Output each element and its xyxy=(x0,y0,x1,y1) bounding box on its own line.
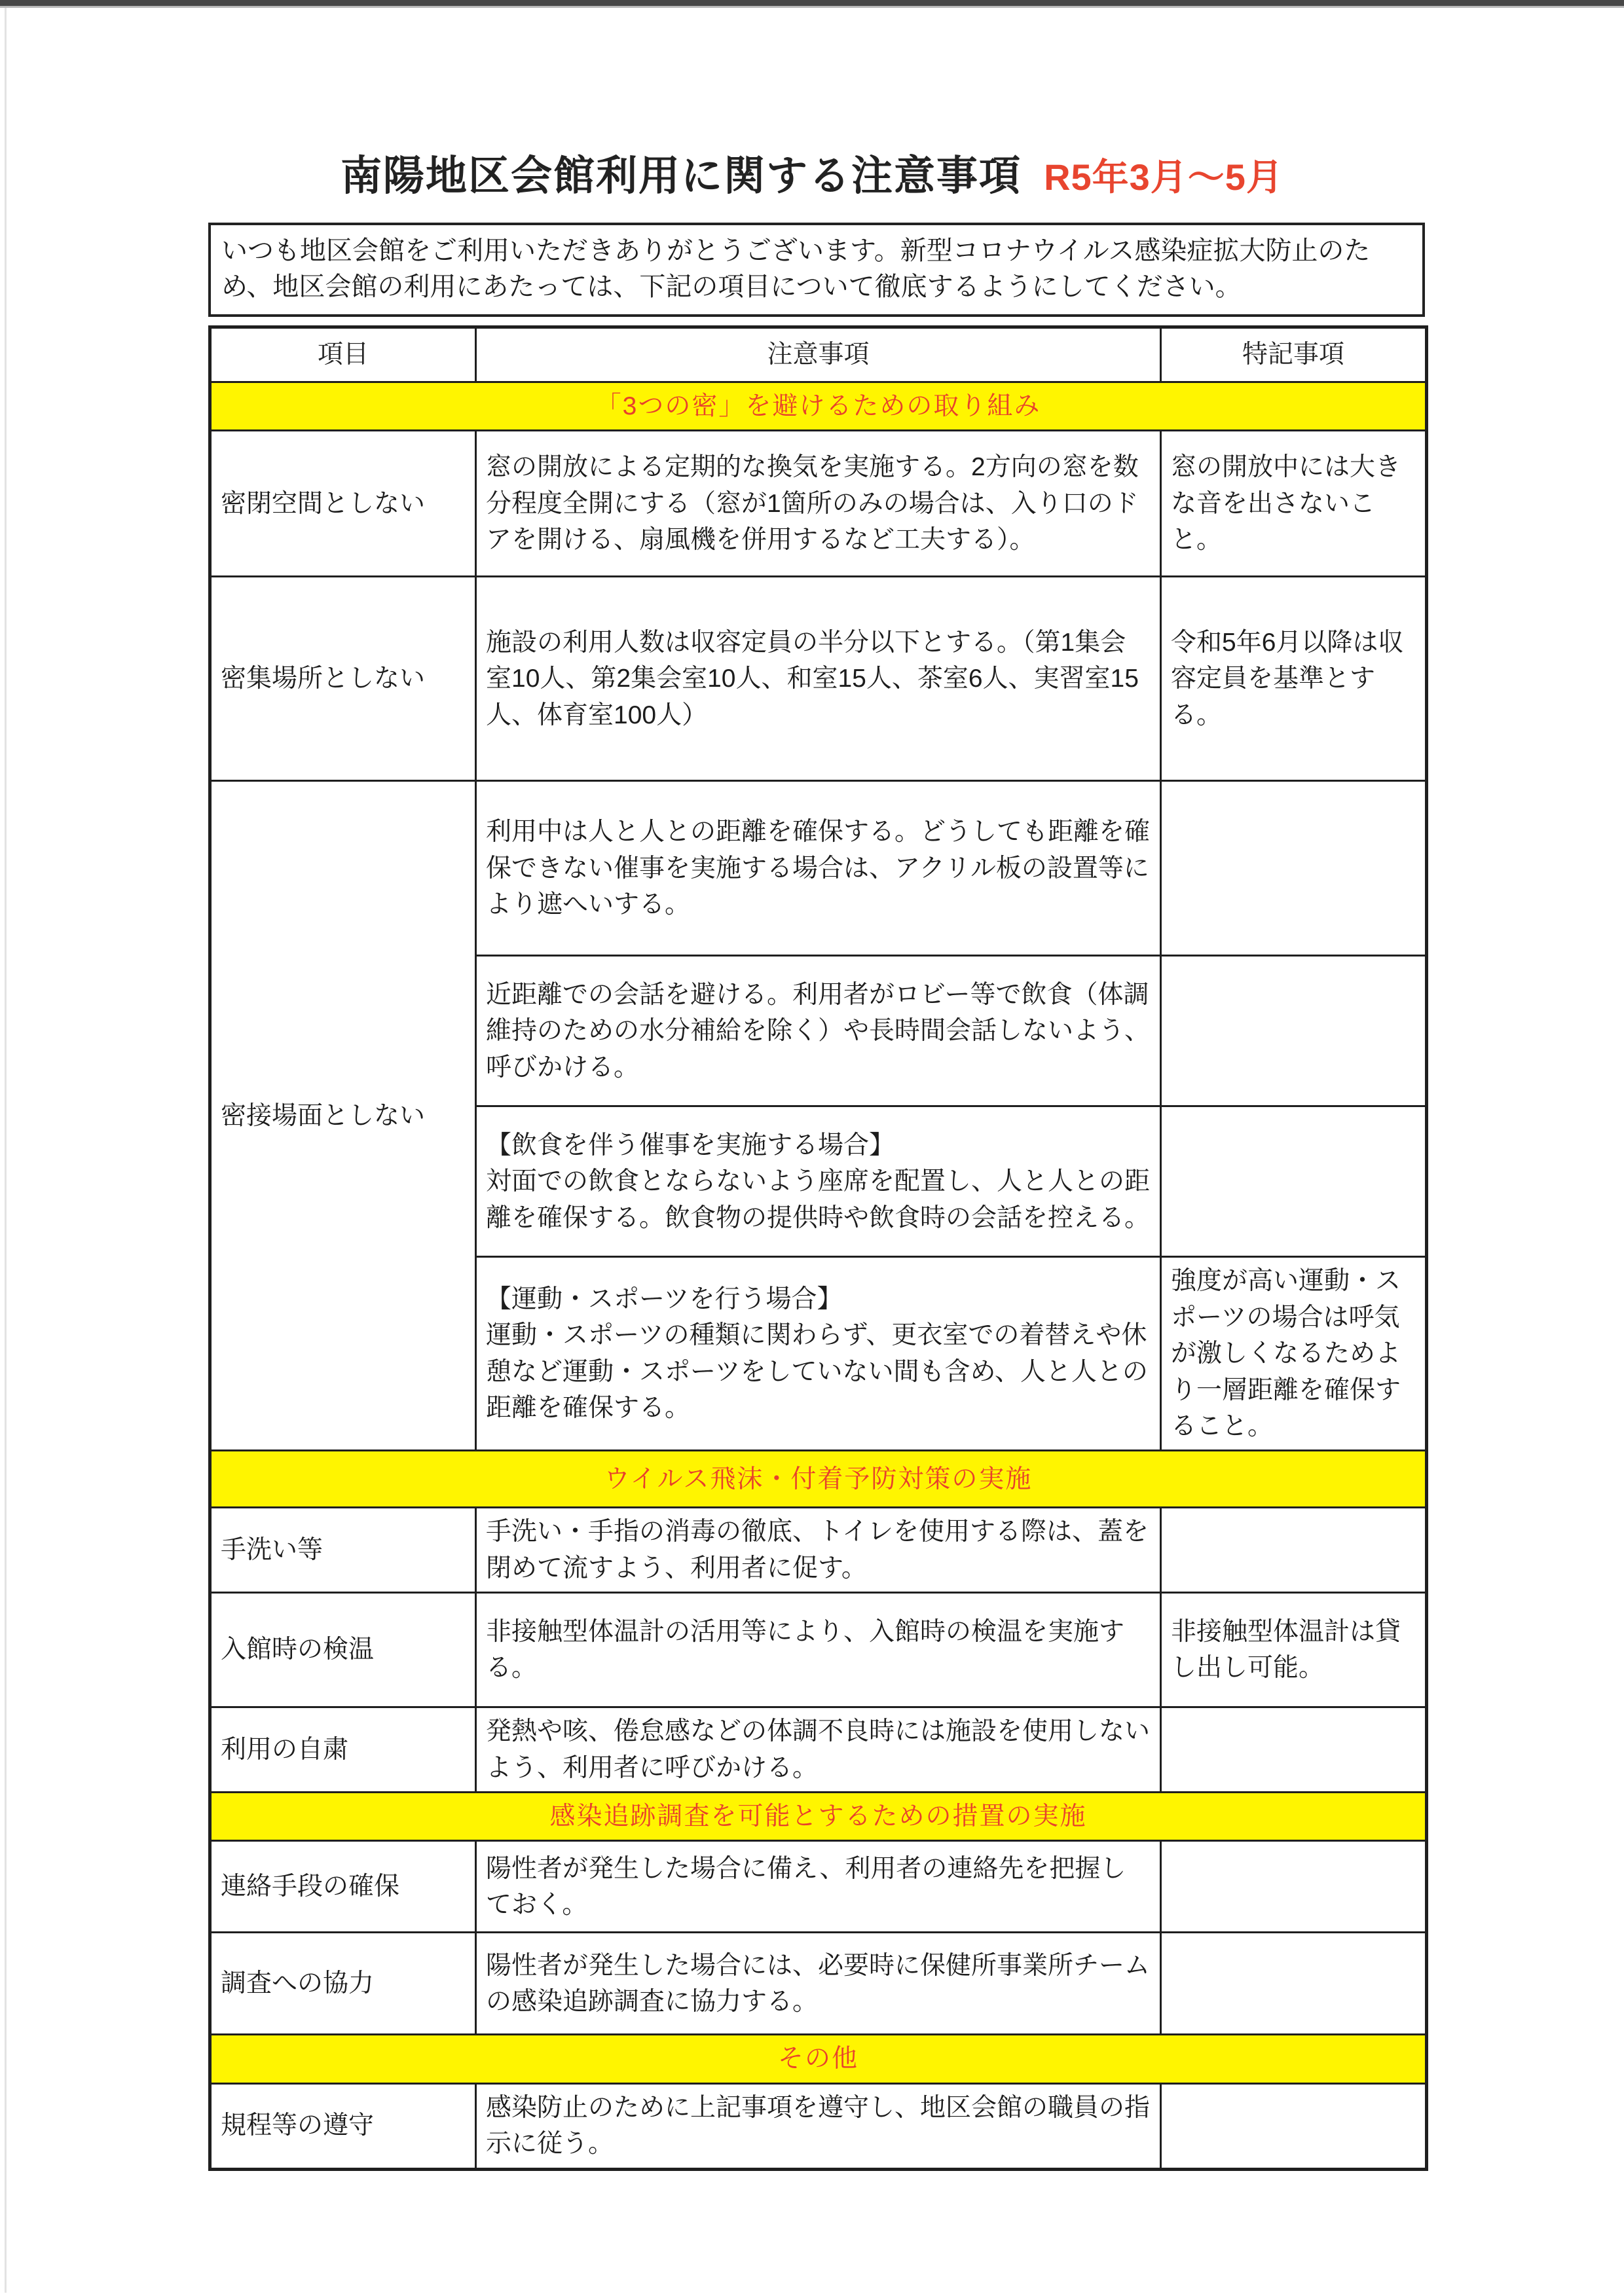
page-title: 南陽地区会館利用に関する注意事項 xyxy=(341,143,1022,202)
item-cell: 連絡手段の確保 xyxy=(210,1841,476,1933)
section-band-three-mitsu: 「3つの密」を避けるための取り組み xyxy=(210,382,1427,431)
notice-table: 項目 注意事項 特記事項 「3つの密」を避けるための取り組み 密閉空間としない … xyxy=(208,325,1428,2171)
caution-body: 運動・スポーツの種類に関わらず、更衣室での着替えや休憩など運動・スポーツをしてい… xyxy=(486,1321,1148,1422)
caution-cell: 非接触型体温計の活用等により、入館時の検温を実施する。 xyxy=(476,1593,1161,1707)
table-row: 入館時の検温 非接触型体温計の活用等により、入館時の検温を実施する。 非接触型体… xyxy=(210,1593,1427,1707)
caution-heading: 【飲食を伴う催事を実施する場合】 xyxy=(486,1127,1151,1163)
item-cell: 密閉空間としない xyxy=(210,431,476,577)
note-cell xyxy=(1161,1106,1427,1257)
scan-edge-left xyxy=(5,8,7,2293)
note-cell: 非接触型体温計は貸し出し可能。 xyxy=(1161,1593,1427,1707)
section-band-row: その他 xyxy=(210,2035,1427,2083)
section-band-contact-tracing: 感染追跡調査を可能とするための措置の実施 xyxy=(210,1793,1427,1841)
caution-heading: 【運動・スポーツを行う場合】 xyxy=(486,1281,1151,1317)
item-cell: 規程等の遵守 xyxy=(210,2083,476,2169)
caution-cell: 【運動・スポーツを行う場合】 運動・スポーツの種類に関わらず、更衣室での着替えや… xyxy=(476,1257,1161,1451)
item-cell: 入館時の検温 xyxy=(210,1593,476,1707)
caution-cell: 発熱や咳、倦怠感などの体調不良時には施設を使用しないよう、利用者に呼びかける。 xyxy=(476,1707,1161,1793)
title-period: R5年3月～5月 xyxy=(1044,149,1283,201)
note-cell: 窓の開放中には大きな音を出さないこと。 xyxy=(1161,431,1427,577)
table-header-row: 項目 注意事項 特記事項 xyxy=(210,327,1427,382)
note-cell xyxy=(1161,781,1427,956)
caution-cell: 窓の開放による定期的な換気を実施する。2方向の窓を数分程度全開にする（窓が1箇所… xyxy=(476,431,1161,577)
caution-cell: 施設の利用人数は収容定員の半分以下とする。（第1集会室10人、第2集会室10人、… xyxy=(476,577,1161,781)
note-cell xyxy=(1161,1707,1427,1793)
table-row: 手洗い等 手洗い・手指の消毒の徹底、トイレを使用する際は、蓋を閉めて流すよう、利… xyxy=(210,1508,1427,1593)
intro-text: いつも地区会館をご利用いただきありがとうございます。新型コロナウイルス感染症拡大… xyxy=(221,236,1370,301)
note-cell xyxy=(1161,2083,1427,2169)
item-cell: 調査への協力 xyxy=(210,1933,476,2035)
scan-edge-top xyxy=(0,0,1624,6)
item-cell: 密集場所としない xyxy=(210,577,476,781)
caution-body: 対面での飲食とならないよう座席を配置し、人と人との距離を確保する。飲食物の提供時… xyxy=(486,1167,1150,1231)
section-band-row: 感染追跡調査を可能とするための措置の実施 xyxy=(210,1793,1427,1841)
section-band-row: 「3つの密」を避けるための取り組み xyxy=(210,382,1427,431)
table-row: 連絡手段の確保 陽性者が発生した場合に備え、利用者の連絡先を把握しておく。 xyxy=(210,1841,1427,1933)
table-row: 密閉空間としない 窓の開放による定期的な換気を実施する。2方向の窓を数分程度全開… xyxy=(210,431,1427,577)
column-header-item: 項目 xyxy=(210,327,476,382)
item-cell: 利用の自粛 xyxy=(210,1707,476,1793)
column-header-caution: 注意事項 xyxy=(476,327,1161,382)
table-row: 利用の自粛 発熱や咳、倦怠感などの体調不良時には施設を使用しないよう、利用者に呼… xyxy=(210,1707,1427,1793)
section-band-other: その他 xyxy=(210,2035,1427,2083)
note-cell xyxy=(1161,1933,1427,2035)
table-row: 規程等の遵守 感染防止のために上記事項を遵守し、地区会館の職員の指示に従う。 xyxy=(210,2083,1427,2169)
section-band-droplet-prevention: ウイルス飛沫・付着予防対策の実施 xyxy=(210,1451,1427,1508)
caution-cell: 陽性者が発生した場合に備え、利用者の連絡先を把握しておく。 xyxy=(476,1841,1161,1933)
caution-cell: 利用中は人と人との距離を確保する。どうしても距離を確保できない催事を実施する場合… xyxy=(476,781,1161,956)
item-cell: 手洗い等 xyxy=(210,1508,476,1593)
note-cell xyxy=(1161,956,1427,1106)
section-band-row: ウイルス飛沫・付着予防対策の実施 xyxy=(210,1451,1427,1508)
note-cell xyxy=(1161,1508,1427,1593)
note-cell xyxy=(1161,1841,1427,1933)
table-row: 密集場所としない 施設の利用人数は収容定員の半分以下とする。（第1集会室10人、… xyxy=(210,577,1427,781)
table-row: 調査への協力 陽性者が発生した場合には、必要時に保健所事業所チームの感染追跡調査… xyxy=(210,1933,1427,2035)
caution-cell: 感染防止のために上記事項を遵守し、地区会館の職員の指示に従う。 xyxy=(476,2083,1161,2169)
scan-edge-top-light xyxy=(0,6,1624,8)
note-cell: 令和5年6月以降は収容定員を基準とする。 xyxy=(1161,577,1427,781)
item-cell: 密接場面としない xyxy=(210,781,476,1451)
caution-cell: 【飲食を伴う催事を実施する場合】 対面での飲食とならないよう座席を配置し、人と人… xyxy=(476,1106,1161,1257)
document-title: 南陽地区会館利用に関する注意事項 R5年3月～5月 xyxy=(0,143,1624,202)
column-header-note: 特記事項 xyxy=(1161,327,1427,382)
caution-cell: 近距離での会話を避ける。利用者がロビー等で飲食（体調維持のための水分補給を除く）… xyxy=(476,956,1161,1106)
note-cell: 強度が高い運動・スポーツの場合は呼気が激しくなるためより一層距離を確保すること。 xyxy=(1161,1257,1427,1451)
caution-cell: 手洗い・手指の消毒の徹底、トイレを使用する際は、蓋を閉めて流すよう、利用者に促す… xyxy=(476,1508,1161,1593)
intro-box: いつも地区会館をご利用いただきありがとうございます。新型コロナウイルス感染症拡大… xyxy=(208,223,1425,317)
caution-cell: 陽性者が発生した場合には、必要時に保健所事業所チームの感染追跡調査に協力する。 xyxy=(476,1933,1161,2035)
table-row: 密接場面としない 利用中は人と人との距離を確保する。どうしても距離を確保できない… xyxy=(210,781,1427,956)
